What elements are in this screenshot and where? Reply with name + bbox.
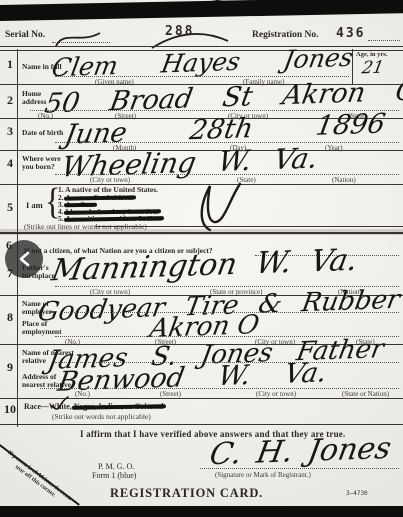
pen-flourish-serial2 (54, 28, 104, 48)
relative-sublabel-street: (Street) (160, 390, 181, 398)
race-note: (Strike out words not applicable) (52, 412, 151, 421)
relative-sublabel-no: (No.) (75, 390, 90, 398)
registrant-signature: C. H. Jones (207, 431, 394, 473)
registration-number: 436 (336, 26, 365, 41)
rule-dotted (55, 142, 399, 143)
rule (95, 226, 403, 227)
row-3-number: 3 (7, 124, 13, 139)
rule-dotted (55, 174, 399, 175)
employment-place-label: Place of employment (22, 320, 70, 336)
signature-caption: (Signature or Mark of Registrant.) (215, 471, 311, 479)
chevron-left-icon (18, 251, 30, 267)
pen-check-small (50, 396, 70, 412)
relative-sublabel-state: (State or Nation) (342, 390, 389, 398)
rule (0, 424, 403, 425)
date-of-birth-label: Date of birth (22, 128, 63, 137)
rule-dotted (200, 468, 399, 469)
row-5-number: 5 (7, 200, 13, 215)
race-struck-options: Negro, Indian, or Oriental (74, 402, 164, 411)
tear-corner-note: If person is of African descent, tear of… (0, 448, 76, 511)
previous-image-button[interactable] (5, 240, 43, 278)
row-2-number: 2 (7, 93, 13, 108)
rule-dotted (40, 388, 399, 389)
row-1-number: 1 (7, 57, 13, 72)
row-9-number: 9 (7, 360, 13, 375)
serial-label: Serial No. (5, 30, 45, 40)
rule-dotted (55, 76, 349, 77)
i-am-label: I am (26, 200, 43, 210)
relative-sublabel-city: (City or town) (256, 390, 296, 398)
row-4-number: 4 (7, 156, 13, 171)
pmgo-label: P. M. G. O. (98, 462, 134, 471)
born-sublabel-nation: (Nation) (332, 176, 356, 184)
row-8-number: 8 (7, 310, 13, 325)
scan-bottom-black-band (0, 506, 403, 517)
registration-card-scan: Serial No. 288 Registration No. 436 1 Na… (0, 0, 403, 517)
born-sublabel-city: (City or town) (90, 176, 130, 184)
row-10-number: 10 (4, 402, 16, 417)
pen-checkmark (196, 182, 252, 236)
registration-dotted-line (368, 40, 400, 41)
form-number-label: Form 1 (blue) (92, 471, 136, 480)
rule-thick (0, 232, 403, 234)
race-label: Race— (24, 402, 49, 411)
age-value: 21 (360, 58, 385, 79)
row-number-divider (17, 49, 18, 427)
card-title: REGISTRATION CARD. (110, 486, 263, 501)
registration-label: Registration No. (252, 30, 319, 40)
print-code: 3—4730 (346, 490, 368, 497)
